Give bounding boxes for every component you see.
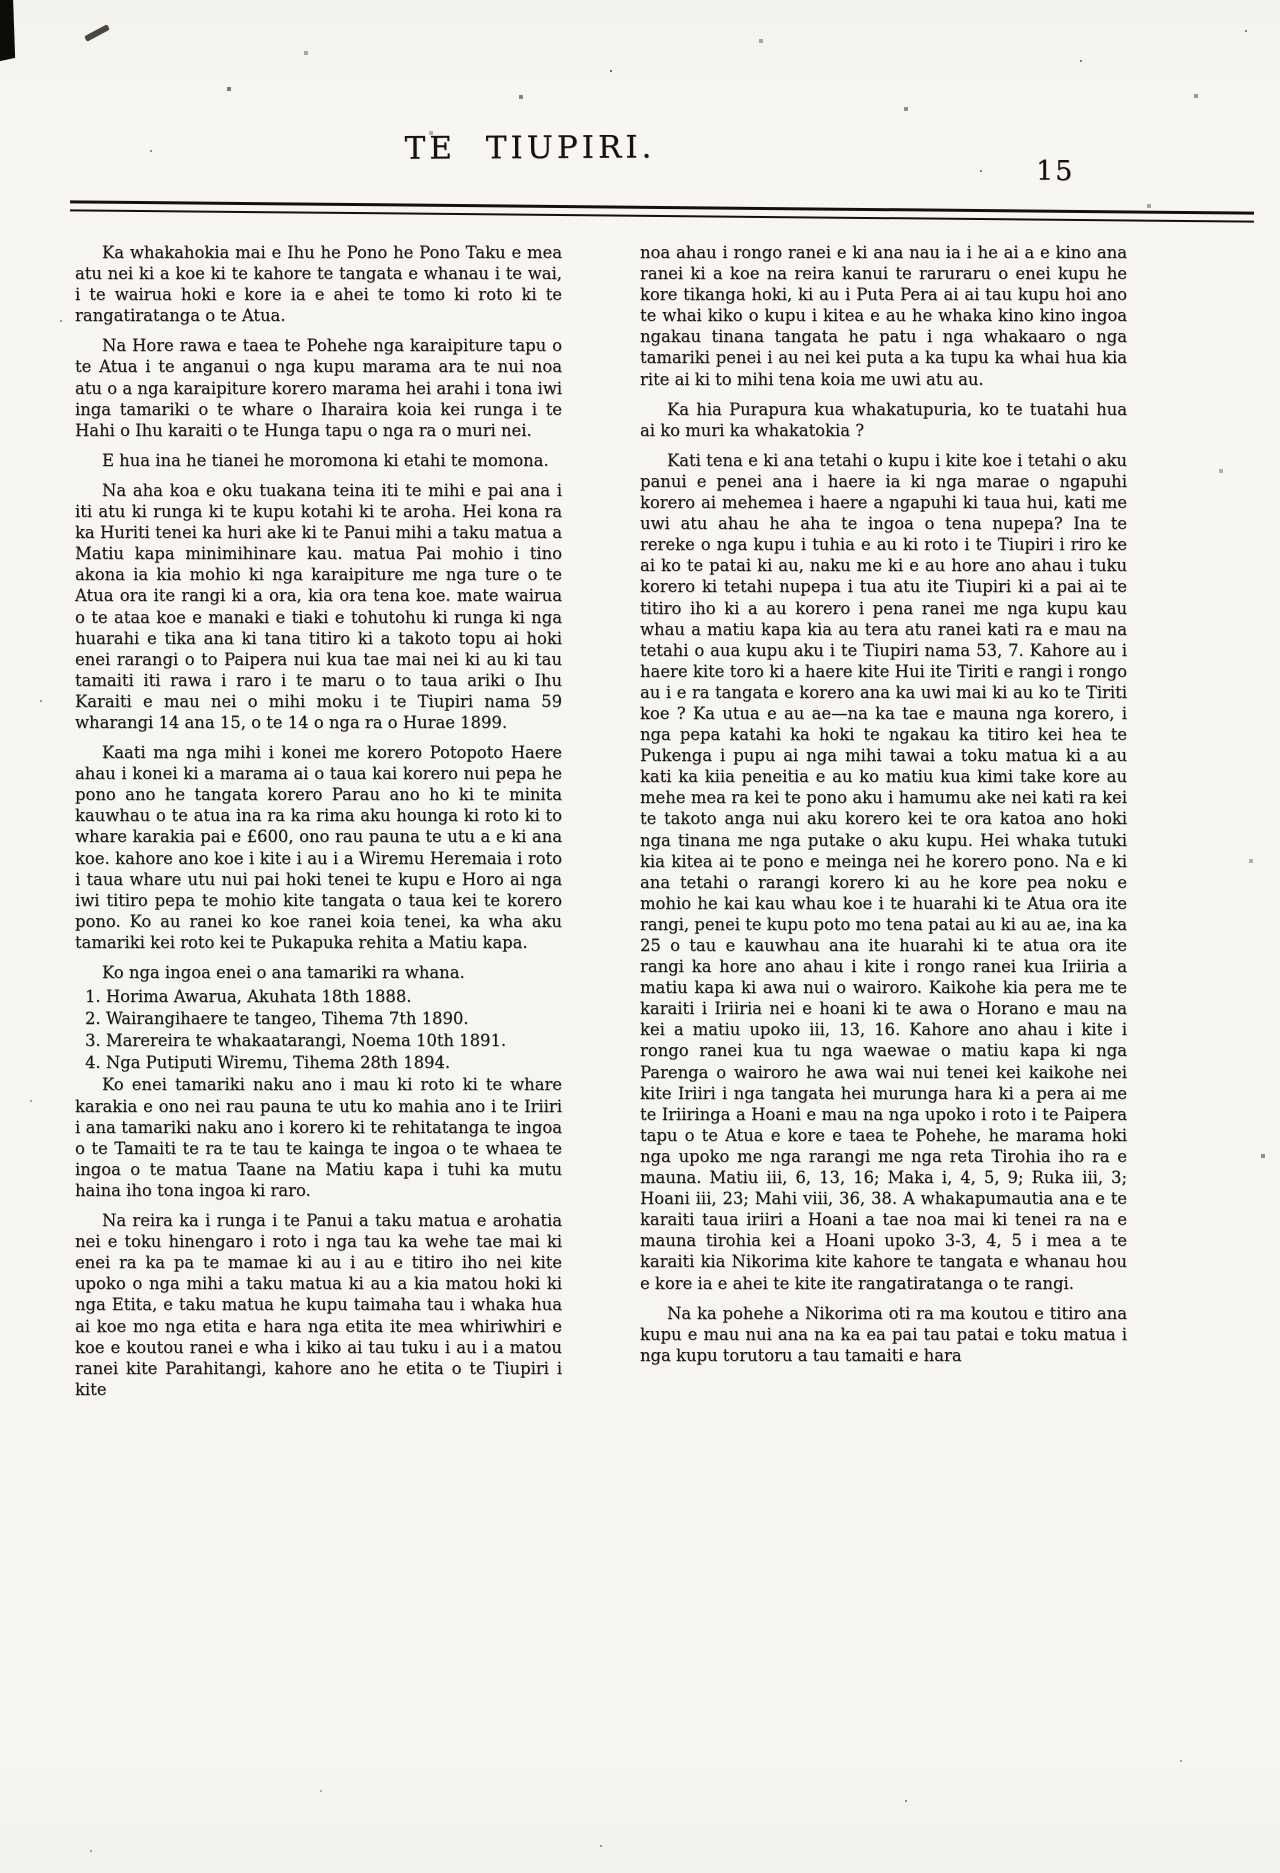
right-column: noa ahau i rongo ranei e ki ana nau ia i…	[640, 242, 1127, 1409]
paragraph: Na ka pohehe a Nikorima oti ra ma koutou…	[640, 1303, 1127, 1366]
paragraph: Kati tena e ki ana tetahi o kupu i kite …	[640, 450, 1127, 1294]
paragraph: Na aha koa e oku tuakana teina iti te mi…	[75, 480, 562, 733]
noise-specks	[0, 0, 2, 2]
paragraph: Ka whakahokia mai e Ihu he Pono he Pono …	[75, 242, 562, 326]
paragraph: Na Hore rawa e taea te Pohehe nga karaip…	[75, 335, 562, 440]
page-number: 15	[1036, 156, 1074, 187]
paragraph: Kaati ma nga mihi i konei me korero Poto…	[75, 742, 562, 953]
child-name-list-item: 2. Wairangihaere te tangeo, Tihema 7th 1…	[75, 1008, 562, 1029]
paragraph: Ko enei tamariki naku ano i mau ki roto …	[75, 1074, 562, 1201]
text-columns: Ka whakahokia mai e Ihu he Pono he Pono …	[75, 242, 1127, 1409]
child-name-list-item: 4. Nga Putiputi Wiremu, Tihema 28th 1894…	[75, 1052, 562, 1073]
paragraph: E hua ina he tianei he moromona ki etahi…	[75, 450, 562, 471]
child-name-list-item: 3. Marereira te whakaatarangi, Noema 10t…	[75, 1030, 562, 1051]
left-column: Ka whakahokia mai e Ihu he Pono he Pono …	[75, 242, 562, 1409]
scanned-newspaper-page: TE TIUPIRI. 15 Ka whakahokia mai e Ihu h…	[0, 0, 1280, 1873]
masthead-title: TE TIUPIRI.	[0, 127, 1060, 169]
scan-ink-smudge	[84, 24, 110, 42]
paragraph-continuation: noa ahau i rongo ranei e ki ana nau ia i…	[640, 242, 1127, 390]
paragraph: Na reira ka i runga i te Panui a taku ma…	[75, 1210, 562, 1400]
children-list-intro: Ko nga ingoa enei o ana tamariki ra whan…	[75, 962, 562, 983]
paragraph: Ka hia Purapura kua whakatupuria, ko te …	[640, 399, 1127, 441]
scan-corner-smudge	[0, 0, 15, 62]
child-name-list-item: 1. Horima Awarua, Akuhata 18th 1888.	[75, 986, 562, 1007]
masthead-divider-rule	[70, 200, 1254, 222]
